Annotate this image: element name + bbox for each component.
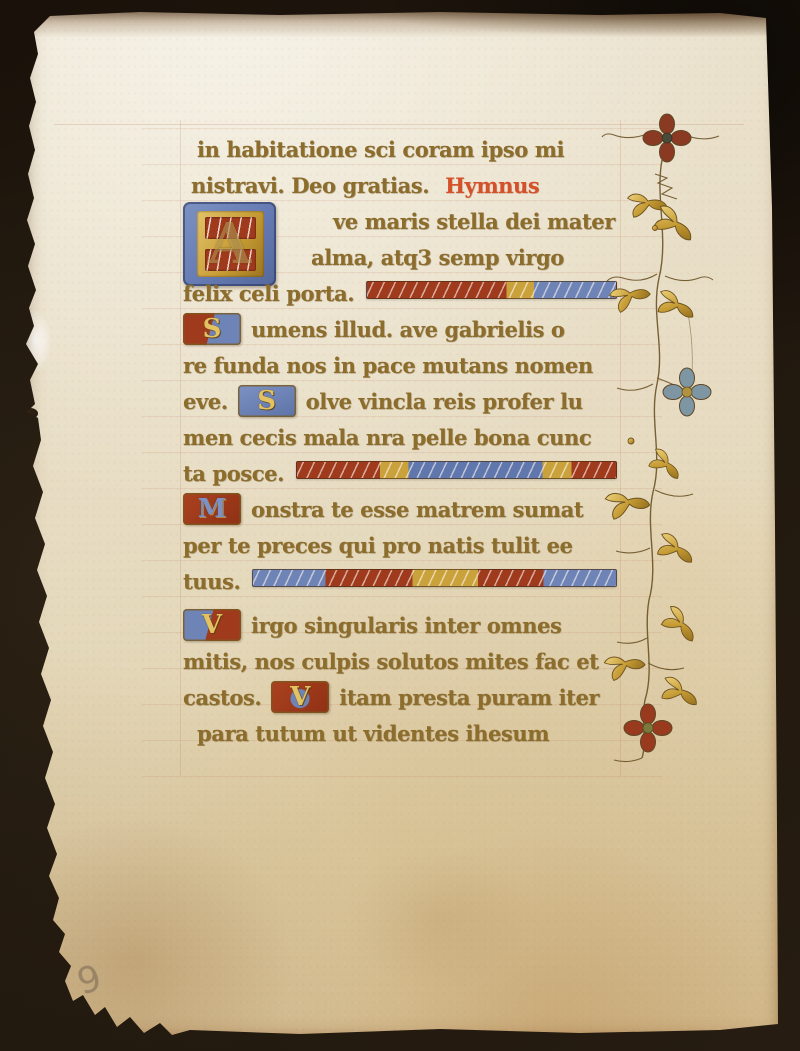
edge-shading xyxy=(20,8,780,1042)
vellum-leaf: A in habitatione sci coram ipso mi nistr… xyxy=(20,8,780,1042)
photo-background: A in habitatione sci coram ipso mi nistr… xyxy=(0,0,800,1051)
